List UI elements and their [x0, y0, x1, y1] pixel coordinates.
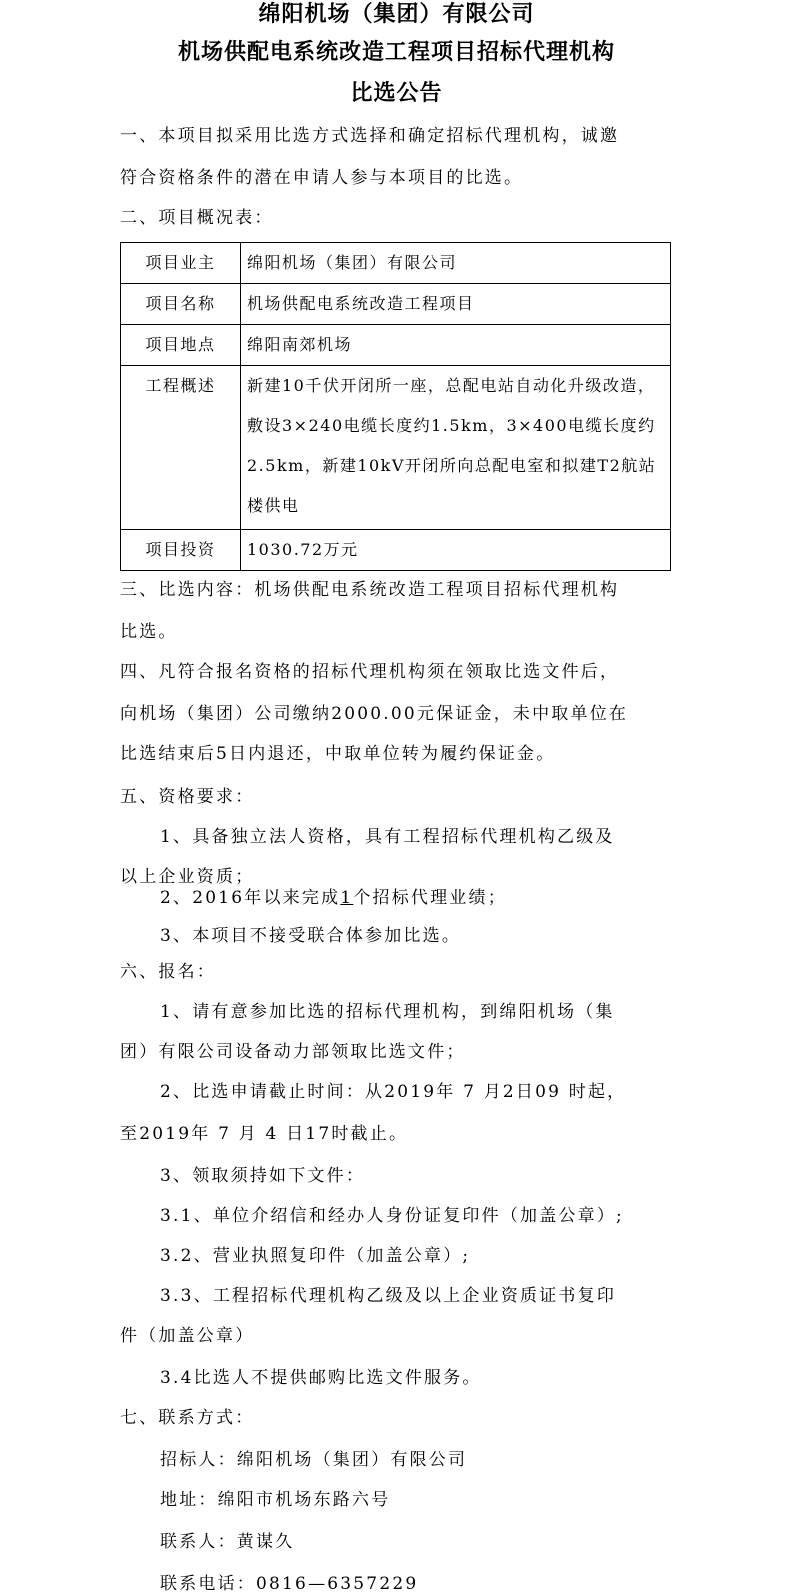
contact-phone: 联系电话：0816—6357229	[160, 1572, 418, 1592]
table-value: 1030.72万元	[241, 530, 671, 571]
section5-heading: 五、资格要求：	[120, 785, 254, 809]
table-row-location: 项目地点 绵阳南郊机场	[121, 325, 671, 366]
section4-line3: 比选结束后5日内退还，中取单位转为履约保证金。	[120, 742, 555, 766]
section6-item3-1: 3.1、单位介绍信和经办人身份证复印件（加盖公章）;	[160, 1204, 624, 1228]
section7-heading: 七、联系方式：	[120, 1406, 254, 1430]
section6-item1-line2: 团）有限公司设备动力部领取比选文件；	[120, 1040, 466, 1064]
table-row-overview: 工程概述 新建10千伏开闭所一座，总配电站自动化升级改造， 敷设3×240电缆长…	[121, 366, 671, 530]
table-value: 新建10千伏开闭所一座，总配电站自动化升级改造， 敷设3×240电缆长度约1.5…	[241, 366, 671, 530]
section6-item1-line1: 1、请有意参加比选的招标代理机构，到绵阳机场（集	[160, 1000, 615, 1024]
table-label: 项目名称	[121, 284, 241, 325]
title-project: 机场供配电系统改造工程项目招标代理机构	[0, 38, 793, 68]
contact-address: 地址：绵阳市机场东路六号	[160, 1488, 390, 1512]
table-label: 工程概述	[121, 366, 241, 530]
table-row-investment: 项目投资 1030.72万元	[121, 530, 671, 571]
performance-count: 1	[340, 888, 353, 908]
section3-line2: 比选。	[120, 620, 178, 644]
contact-person: 联系人：黄谋久	[160, 1530, 294, 1554]
section6-item2-line2: 至2019年 7 月 4 日17时截止。	[120, 1122, 408, 1146]
section4-line2: 向机场（集团）公司缴纳2000.00元保证金，未中取单位在	[120, 702, 628, 726]
table-value: 机场供配电系统改造工程项目	[241, 284, 671, 325]
section6-item3-3-line2: 件（加盖公章）	[120, 1324, 254, 1348]
contact-tenderer: 招标人：绵阳机场（集团）有限公司	[160, 1448, 467, 1472]
section1-line2: 符合资格条件的潜在申请人参与本项目的比选。	[120, 166, 523, 190]
table-label: 项目投资	[121, 530, 241, 571]
table-value: 绵阳机场（集团）有限公司	[241, 243, 671, 284]
title-company: 绵阳机场（集团）有限公司	[0, 0, 793, 30]
section5-item2: 2、2016年以来完成1个招标代理业绩；	[160, 886, 507, 910]
title-announcement: 比选公告	[0, 79, 793, 109]
section5-item3: 3、本项目不接受联合体参加比选。	[160, 924, 461, 948]
section6-heading: 六、报名：	[120, 960, 216, 984]
section5-item1-line1: 1、具备独立法人资格，具有工程招标代理机构乙级及	[160, 825, 615, 849]
table-label: 项目地点	[121, 325, 241, 366]
section4-line1: 四、凡符合报名资格的招标代理机构须在领取比选文件后，	[120, 660, 619, 684]
section6-item3-4: 3.4比选人不提供邮购比选文件服务。	[160, 1366, 482, 1390]
section6-item3: 3、领取须持如下文件：	[160, 1164, 365, 1188]
table-row-name: 项目名称 机场供配电系统改造工程项目	[121, 284, 671, 325]
table-label: 项目业主	[121, 243, 241, 284]
section6-item3-3-line1: 3.3、工程招标代理机构乙级及以上企业资质证书复印	[160, 1284, 616, 1308]
section6-item3-2: 3.2、营业执照复印件（加盖公章）;	[160, 1244, 470, 1268]
section3-line1: 三、比选内容：机场供配电系统改造工程项目招标代理机构	[120, 578, 619, 602]
table-row-owner: 项目业主 绵阳机场（集团）有限公司	[121, 243, 671, 284]
section6-item2-line1: 2、比选申请截止时间：从2019年 7 月2日09 时起，	[160, 1080, 626, 1104]
section2-heading: 二、项目概况表：	[120, 206, 274, 230]
section1-line1: 一、本项目拟采用比选方式选择和确定招标代理机构，诚邀	[120, 124, 619, 148]
table-value: 绵阳南郊机场	[241, 325, 671, 366]
project-overview-table: 项目业主 绵阳机场（集团）有限公司 项目名称 机场供配电系统改造工程项目 项目地…	[120, 242, 671, 571]
